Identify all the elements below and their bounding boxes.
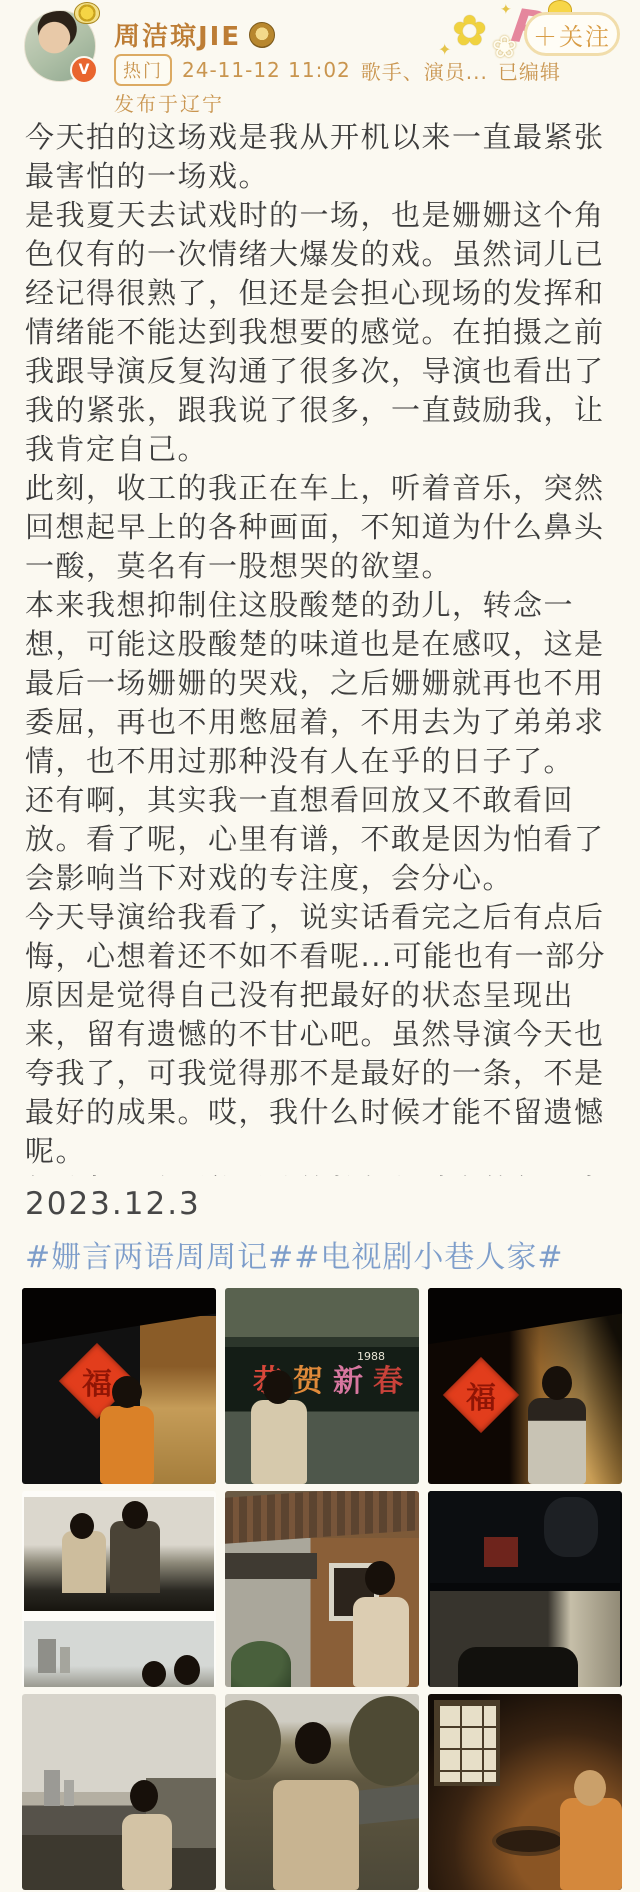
snail-sticker-icon (74, 2, 100, 24)
photo-thumbnail[interactable]: 福 (428, 1288, 622, 1484)
photo-thumbnail[interactable] (428, 1694, 622, 1890)
paragraph: 此刻，收工的我正在车上，听着音乐，突然回想起早上的各种画面，不知道为什么鼻头一酸… (25, 469, 617, 586)
figure (100, 1406, 154, 1484)
tree (225, 1700, 281, 1780)
photo-thumbnail[interactable] (225, 1491, 419, 1687)
paragraph: 还有啊，其实我一直想看回放又不敢看回放。看了呢，心里有谱，不敢是因为怕看了会影响… (25, 781, 617, 898)
paragraph: 本来我想抑制住这股酸楚的劲儿，转念一想，可能这股酸楚的味道也是在感叹，这是最后一… (25, 586, 617, 781)
follow-button[interactable]: ＋关注 (524, 12, 620, 56)
film-frame (430, 1591, 620, 1687)
building (64, 1780, 74, 1806)
tree (349, 1696, 419, 1786)
username[interactable]: 周洁琼JIE (114, 16, 241, 53)
building (44, 1770, 60, 1806)
paragraph: 是我夏天去试戏时的一场，也是姗姗这个角色仅有的一次情绪大爆发的戏。虽然词儿已经记… (25, 196, 617, 469)
fu-couplet: 福 (443, 1357, 519, 1433)
tiled-roof (225, 1491, 419, 1544)
avatar[interactable]: V (24, 10, 96, 82)
timestamp: 24-11-12 11:02 (182, 58, 351, 82)
window-band (225, 1553, 317, 1579)
hashtag-link[interactable]: #姗言两语周周记# (25, 1240, 294, 1275)
post-location: 发布于辽宁 (114, 88, 224, 117)
figure-head (365, 1561, 395, 1595)
hashtag-row: #姗言两语周周记##电视剧小巷人家# (25, 1232, 564, 1276)
hashtag-link[interactable]: #电视剧小巷人家# (294, 1240, 563, 1275)
flower-doodle-icon: ✿ (452, 6, 487, 55)
photo-thumbnail[interactable] (428, 1491, 622, 1687)
photo-grid: 福 恭贺新春 1988 福 (22, 1288, 622, 1890)
vip-medal-icon (249, 22, 275, 48)
film-frame (24, 1497, 214, 1611)
film-frame (430, 1491, 620, 1583)
figure (560, 1798, 622, 1890)
photo-thumbnail[interactable] (22, 1491, 216, 1687)
figure-head (295, 1722, 331, 1764)
hot-tag: 热门 (114, 54, 172, 86)
figure-head (112, 1376, 142, 1408)
photo-thumbnail[interactable]: 福 (22, 1288, 216, 1484)
figure (353, 1597, 409, 1687)
figure-head (263, 1370, 293, 1404)
figure-head (542, 1366, 572, 1400)
figure-head (574, 1770, 606, 1806)
film-frame (24, 1621, 214, 1687)
figure (528, 1398, 586, 1484)
diary-date: 2023.12.3 (25, 1186, 201, 1222)
photo-thumbnail[interactable] (22, 1694, 216, 1890)
potted-plant (231, 1641, 291, 1687)
figure (251, 1400, 307, 1484)
blackboard-year: 1988 (357, 1350, 385, 1363)
post-body: 今天拍的这场戏是我从开机以来一直最紧张最害怕的一场戏。 是我夏天去试戏时的一场，… (25, 118, 617, 1176)
paragraph: 今天拍的这场戏是我从开机以来一直最紧张最害怕的一场戏。 (25, 118, 617, 196)
figure-head (130, 1780, 158, 1812)
paragraph: 今天导演给我看了，说实话看完之后有点后悔，心想着还不如不看呢...可能也有一部分… (25, 898, 617, 1171)
roof-beam (428, 1288, 622, 1346)
photo-thumbnail[interactable]: 恭贺新春 1988 (225, 1288, 419, 1484)
stove (492, 1826, 566, 1856)
verified-badge-icon: V (70, 56, 98, 84)
edited-label: 已编辑 (498, 56, 561, 85)
figure (122, 1814, 172, 1890)
window (434, 1700, 500, 1786)
figure (273, 1780, 359, 1890)
post-header: V 周洁琼JIE 热门 24-11-12 11:02 歌手、演员... 已编辑 … (0, 0, 640, 118)
sparkle-icon: ✦ (500, 2, 512, 18)
photo-thumbnail[interactable] (225, 1694, 419, 1890)
paragraph: 但我想，这可能是我笨拙但却踏实的每一步脚印吧。 (25, 1171, 617, 1176)
user-description: 歌手、演员... (361, 56, 488, 85)
